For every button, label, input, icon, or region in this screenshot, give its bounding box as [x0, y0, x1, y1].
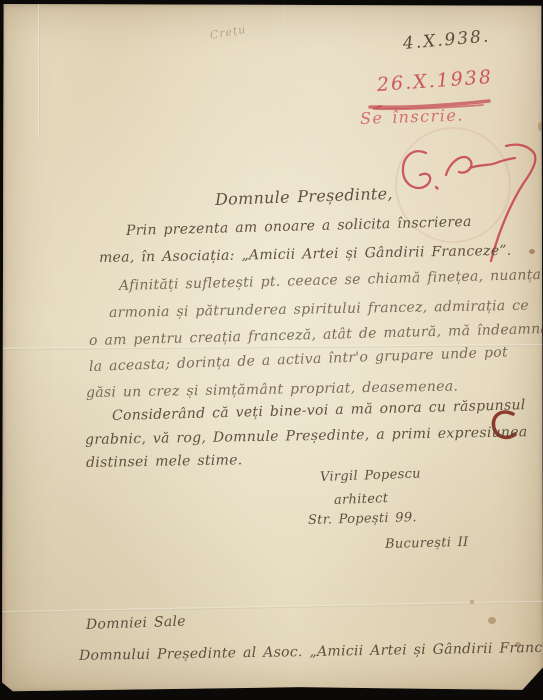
scanned-letter: Crețu 4.X.938. 26.X.1938 Se înscrie. Dom… [0, 0, 543, 700]
paper-edge-tint [2, 4, 6, 692]
crease-line [38, 4, 40, 136]
letter-line: Afinități sufletești pt. ceeace se chiam… [119, 267, 543, 294]
fox-spot [529, 249, 535, 254]
letter-line: armonia și pătrunderea spiritului france… [109, 298, 529, 321]
fox-spot [488, 617, 496, 624]
crease-line [284, 4, 286, 154]
crease-line [2, 601, 543, 613]
letter-line: găsi un crez și simțământ propriat, deas… [86, 379, 458, 401]
signature-address: Str. Popești 99. [308, 510, 417, 528]
red-registration-note: Se înscrie. [360, 105, 465, 128]
pencil-annotation: Crețu [209, 23, 247, 42]
fox-spot [470, 600, 474, 604]
ink-date: 4.X.938. [402, 26, 491, 54]
letter-line: la aceasta; dorința de a activa într'o g… [89, 344, 508, 375]
fox-spot [538, 122, 543, 131]
letter-line: grabnic, vă rog, Domnule Președinte, a p… [85, 424, 528, 448]
letter-line: Considerând că veți bine-voi a mă onora … [112, 397, 526, 424]
signature-city: București II [385, 535, 469, 552]
signature-title: arhitect [334, 491, 389, 508]
letter-line: distinsei mele stime. [86, 452, 243, 471]
signature-name: Virgil Popescu [320, 466, 421, 485]
red-date: 26.X.1938 [376, 66, 493, 96]
footer-line: Domnului Președinte al Asoc. „Amicii Art… [79, 639, 543, 664]
letter-line: mea, în Asociația: „Amicii Artei și Gând… [99, 243, 512, 266]
footer-line: Domniei Sale [86, 614, 186, 633]
letter-page: Crețu 4.X.938. 26.X.1938 Se înscrie. Dom… [2, 4, 543, 692]
crease-line [153, 65, 321, 93]
salutation: Domnule Președinte, [215, 184, 393, 209]
letter-line: Prin prezenta am onoare a solicita înscr… [126, 214, 472, 239]
